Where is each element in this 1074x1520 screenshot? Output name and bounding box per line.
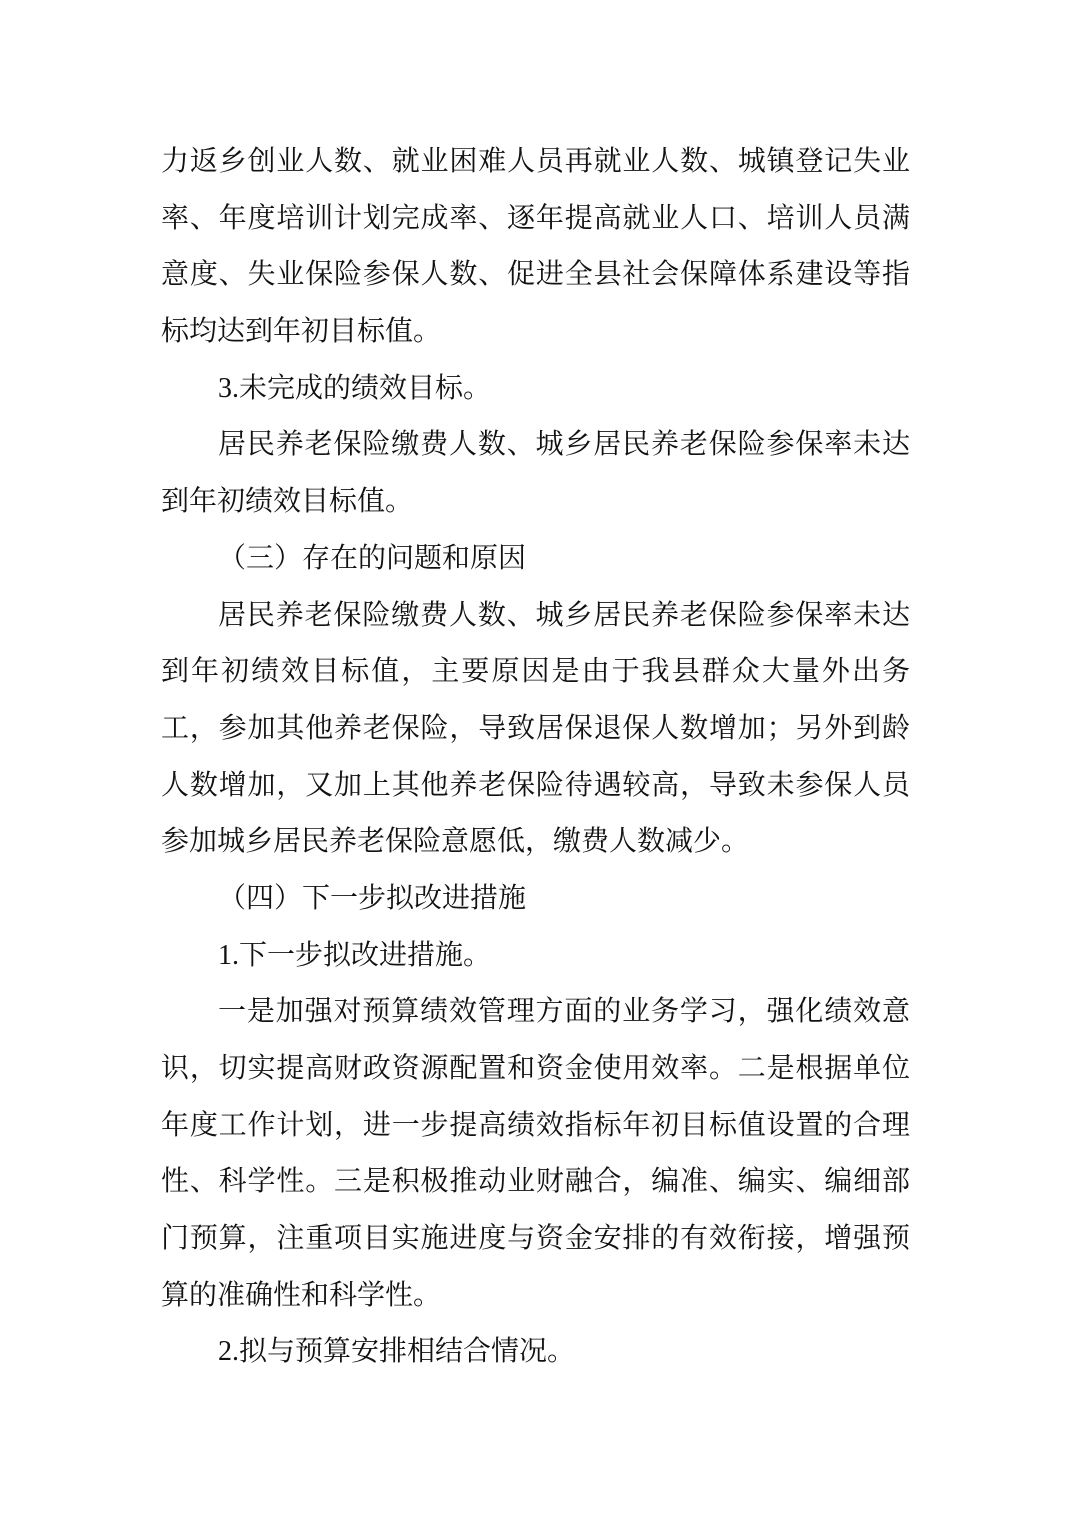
text-line: 工，参加其他养老保险，导致居保退保人数增加；另外到龄 (161, 701, 910, 758)
text-line: 居民养老保险缴费人数、城乡居民养老保险参保率未达 (161, 588, 910, 645)
section-heading: （四）下一步拟改进措施 (161, 871, 910, 928)
section-heading: （三）存在的问题和原因 (161, 531, 910, 588)
text-line: 一是加强对预算绩效管理方面的业务学习，强化绩效意 (161, 984, 910, 1041)
text-line: 年度工作计划，进一步提高绩效指标年初目标值设置的合理 (161, 1098, 910, 1155)
list-item-heading: 1.下一步拟改进措施。 (161, 928, 910, 985)
list-item-heading: 3.未完成的绩效目标。 (161, 361, 910, 418)
text-line: 门预算，注重项目实施进度与资金安排的有效衔接，增强预 (161, 1211, 910, 1268)
text-line: 意度、失业保险参保人数、促进全县社会保障体系建设等指 (161, 247, 910, 304)
text-line: 识，切实提高财政资源配置和资金使用效率。二是根据单位 (161, 1041, 910, 1098)
list-item-heading: 2.拟与预算安排相结合情况。 (161, 1324, 910, 1381)
text-line: 率、年度培训计划完成率、逐年提高就业人口、培训人员满 (161, 191, 910, 248)
text-line: 算的准确性和科学性。 (161, 1268, 910, 1325)
document-page: 力返乡创业人数、就业困难人员再就业人数、城镇登记失业 率、年度培训计划完成率、逐… (0, 0, 1074, 1520)
document-body-text: 力返乡创业人数、就业困难人员再就业人数、城镇登记失业 率、年度培训计划完成率、逐… (161, 134, 910, 1381)
text-line: 标均达到年初目标值。 (161, 304, 910, 361)
text-line: 力返乡创业人数、就业困难人员再就业人数、城镇登记失业 (161, 134, 910, 191)
text-line: 到年初绩效目标值。 (161, 474, 910, 531)
text-line: 参加城乡居民养老保险意愿低，缴费人数减少。 (161, 814, 910, 871)
text-line: 到年初绩效目标值，主要原因是由于我县群众大量外出务 (161, 644, 910, 701)
text-line: 居民养老保险缴费人数、城乡居民养老保险参保率未达 (161, 417, 910, 474)
text-line: 性、科学性。三是积极推动业财融合，编准、编实、编细部 (161, 1154, 910, 1211)
text-line: 人数增加，又加上其他养老保险待遇较高，导致未参保人员 (161, 758, 910, 815)
